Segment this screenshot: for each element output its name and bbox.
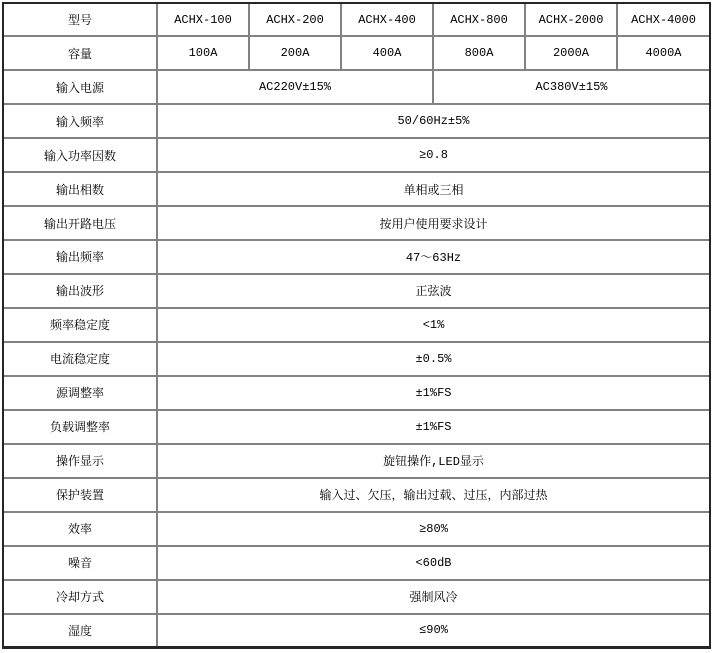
spec-value: 正弦波	[157, 274, 709, 308]
capacity-cell: 400A	[341, 36, 433, 70]
row-label: 冷却方式	[4, 580, 157, 614]
spec-row: 噪音 <60dB	[4, 546, 709, 580]
spec-row: 电流稳定度 ±0.5%	[4, 342, 709, 376]
spec-table-frame: 型号 ACHX-100 ACHX-200 ACHX-400 ACHX-800 A…	[2, 2, 711, 649]
model-cell: ACHX-800	[433, 4, 525, 36]
spec-value: ±0.5%	[157, 342, 709, 376]
row-label: 容量	[4, 36, 157, 70]
row-label: 型号	[4, 4, 157, 36]
row-label: 源调整率	[4, 376, 157, 410]
spec-value: 输入过、欠压，输出过载、过压，内部过热	[157, 478, 709, 512]
spec-value: 按用户使用要求设计	[157, 206, 709, 240]
spec-row: 操作显示 旋钮操作,LED显示	[4, 444, 709, 478]
row-label: 输入频率	[4, 104, 157, 138]
spec-row: 冷却方式 强制风冷	[4, 580, 709, 614]
row-label: 湿度	[4, 614, 157, 646]
row-label: 噪音	[4, 546, 157, 580]
page: 型号 ACHX-100 ACHX-200 ACHX-400 ACHX-800 A…	[0, 0, 713, 653]
spec-row: 效率 ≥80%	[4, 512, 709, 546]
capacity-cell: 200A	[249, 36, 341, 70]
spec-value: 50/60Hz±5%	[157, 104, 709, 138]
input-power-380: AC380V±15%	[433, 70, 709, 104]
row-label: 保护装置	[4, 478, 157, 512]
row-label: 输出波形	[4, 274, 157, 308]
spec-value: 单相或三相	[157, 172, 709, 206]
spec-row: 源调整率 ±1%FS	[4, 376, 709, 410]
input-power-220: AC220V±15%	[157, 70, 433, 104]
spec-row: 频率稳定度 <1%	[4, 308, 709, 342]
spec-value: 强制风冷	[157, 580, 709, 614]
spec-row: 负载调整率 ±1%FS	[4, 410, 709, 444]
spec-value: <1%	[157, 308, 709, 342]
row-label: 效率	[4, 512, 157, 546]
row-label: 输出频率	[4, 240, 157, 274]
spec-row: 输入功率因数 ≥0.8	[4, 138, 709, 172]
spec-value: ≥0.8	[157, 138, 709, 172]
model-row: 型号 ACHX-100 ACHX-200 ACHX-400 ACHX-800 A…	[4, 4, 709, 36]
row-label: 输出开路电压	[4, 206, 157, 240]
spec-row: 输出相数 单相或三相	[4, 172, 709, 206]
row-label: 电流稳定度	[4, 342, 157, 376]
capacity-cell: 800A	[433, 36, 525, 70]
spec-value: <60dB	[157, 546, 709, 580]
row-label: 输入电源	[4, 70, 157, 104]
spec-row: 输出波形 正弦波	[4, 274, 709, 308]
capacity-cell: 4000A	[617, 36, 709, 70]
spec-value: ≥80%	[157, 512, 709, 546]
model-cell: ACHX-4000	[617, 4, 709, 36]
spec-row: 湿度 ≤90%	[4, 614, 709, 646]
model-cell: ACHX-200	[249, 4, 341, 36]
spec-value: 47～63Hz	[157, 240, 709, 274]
capacity-row: 容量 100A 200A 400A 800A 2000A 4000A	[4, 36, 709, 70]
input-power-row: 输入电源 AC220V±15% AC380V±15%	[4, 70, 709, 104]
spec-value: ≤90%	[157, 614, 709, 646]
model-cell: ACHX-2000	[525, 4, 617, 36]
row-label: 操作显示	[4, 444, 157, 478]
capacity-cell: 2000A	[525, 36, 617, 70]
spec-table: 型号 ACHX-100 ACHX-200 ACHX-400 ACHX-800 A…	[4, 4, 709, 646]
capacity-cell: 100A	[157, 36, 249, 70]
spec-value: ±1%FS	[157, 410, 709, 444]
spec-row: 输入频率 50/60Hz±5%	[4, 104, 709, 138]
spec-value: ±1%FS	[157, 376, 709, 410]
row-label: 输出相数	[4, 172, 157, 206]
model-cell: ACHX-400	[341, 4, 433, 36]
spec-row: 保护装置 输入过、欠压，输出过载、过压，内部过热	[4, 478, 709, 512]
row-label: 输入功率因数	[4, 138, 157, 172]
model-cell: ACHX-100	[157, 4, 249, 36]
spec-value: 旋钮操作,LED显示	[157, 444, 709, 478]
spec-row: 输出频率 47～63Hz	[4, 240, 709, 274]
row-label: 负载调整率	[4, 410, 157, 444]
spec-row: 输出开路电压 按用户使用要求设计	[4, 206, 709, 240]
row-label: 频率稳定度	[4, 308, 157, 342]
